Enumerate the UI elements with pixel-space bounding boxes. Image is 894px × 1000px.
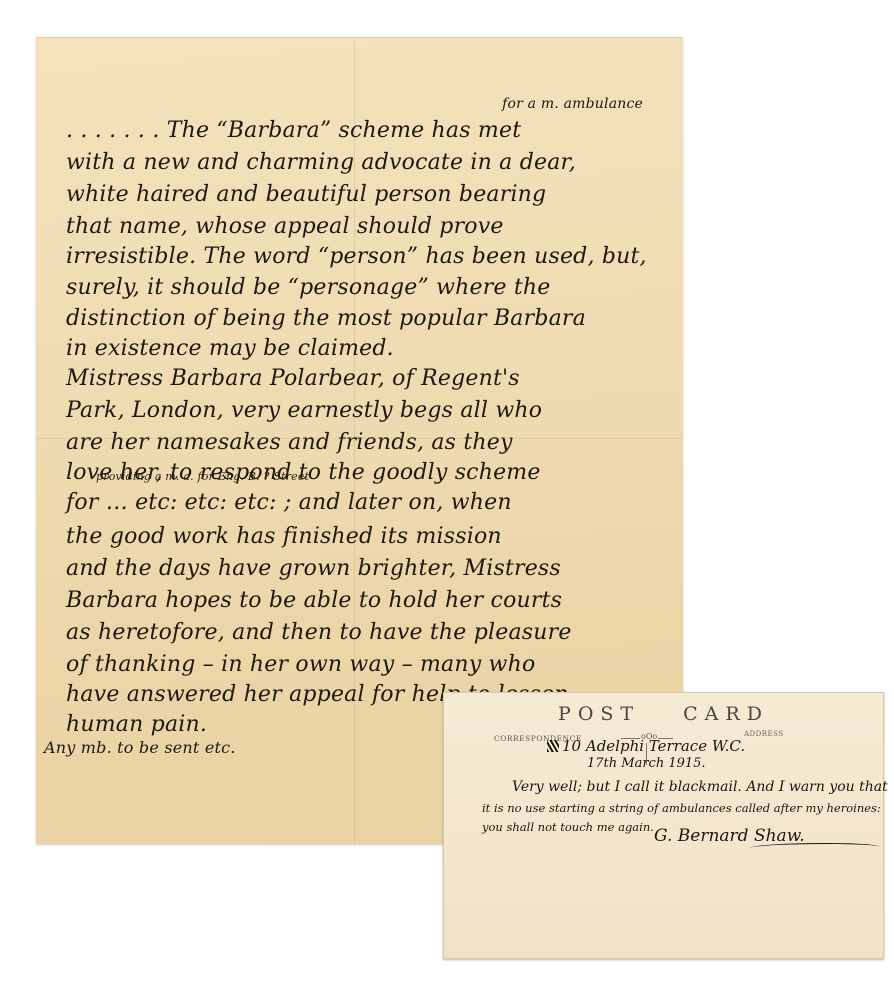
address-label: ADDRESS — [744, 730, 784, 738]
letter-line: irresistible. The word “person” has been… — [66, 244, 647, 269]
postcard-address: 10 Adelphi Terrace W.C. — [562, 737, 745, 755]
letter-line: white haired and beautiful person bearin… — [66, 182, 546, 207]
postcard: POST CARD CORRESPONDENCE oOo ADDRESS 10 … — [443, 692, 884, 959]
letter-line: of thanking – in her own way – many who — [66, 652, 535, 677]
letter-line: that name, whose appeal should prove — [66, 214, 504, 239]
postcard-date: 17th March 1915. — [587, 756, 706, 771]
letter-line: with a new and charming advocate in a de… — [66, 150, 576, 175]
postcard-title: POST CARD — [444, 703, 883, 725]
postcard-body-line: you shall not touch me again. — [482, 820, 654, 834]
letter-line: Barbara hopes to be able to hold her cou… — [66, 588, 562, 613]
letter-line: Mistress Barbara Polarbear, of Regent's — [66, 366, 520, 391]
letter-footer: Any mb. to be sent etc. — [44, 738, 236, 757]
letter-insertion: providing a m. a. for Eng. B. ? Street — [96, 470, 309, 483]
letter-line: surely, it should be “personage” where t… — [66, 275, 550, 300]
letter-line: human pain. — [66, 712, 207, 737]
letter-line: and the days have grown brighter, Mistre… — [66, 556, 561, 581]
letter-line: are her namesakes and friends, as they — [66, 430, 513, 455]
letter-line: the good work has finished its mission — [66, 524, 502, 549]
letter-top-note: for a m. ambulance — [502, 96, 643, 112]
letter-line: . . . . . . . The “Barbara” scheme has m… — [66, 118, 521, 143]
signature-flourish — [749, 843, 879, 852]
letter-line: as heretofore, and then to have the plea… — [66, 620, 572, 645]
letter-line: distinction of being the most popular Ba… — [66, 306, 586, 331]
crossed-out-scribble-icon — [547, 740, 559, 752]
postcard-body-line: Very well; but I call it blackmail. And … — [512, 779, 888, 795]
postcard-body-line: it is no use starting a string of ambula… — [482, 801, 881, 815]
letter-line: Park, London, very earnestly begs all wh… — [66, 398, 542, 423]
letter-line: for … etc: etc: etc: ; and later on, whe… — [66, 490, 512, 515]
letter-line: in existence may be claimed. — [66, 336, 394, 361]
